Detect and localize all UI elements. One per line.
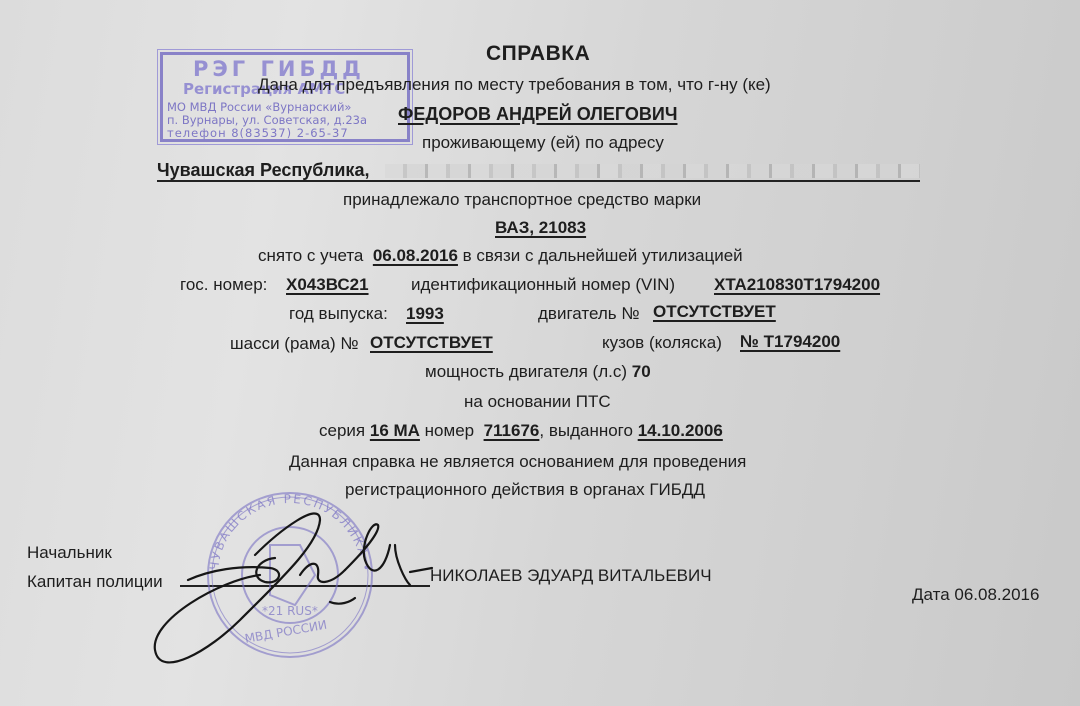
signature: [155, 513, 432, 662]
seal-center-text: *21 RUS*: [262, 604, 318, 618]
document-page: РЭГ ГИБДД Регистрация АМТС МО МВД России…: [0, 0, 1080, 706]
seal-and-signature: ЧУВАШСКАЯ РЕСПУБЛИКА • МО МВД «ВУРНАРСКИ…: [0, 0, 1080, 706]
seal-outer-text: ЧУВАШСКАЯ РЕСПУБЛИКА • МО МВД «ВУРНАРСКИ…: [0, 0, 373, 574]
svg-text:ЧУВАШСКАЯ РЕСПУБЛИКА • МО МВД: ЧУВАШСКАЯ РЕСПУБЛИКА • МО МВД «ВУРНАРСКИ…: [0, 0, 373, 574]
